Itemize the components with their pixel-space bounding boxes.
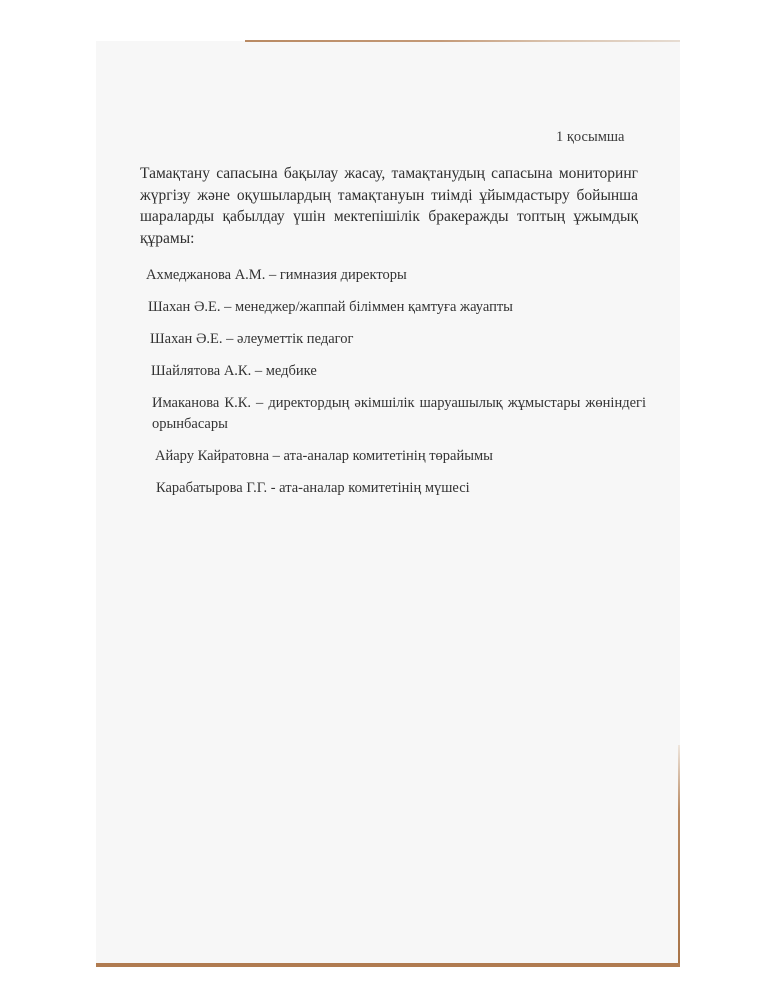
member-item: Шахан Ә.Е. – менеджер/жаппай біліммен қа… bbox=[148, 298, 513, 317]
member-item: Имаканова К.К. – директордың әкімшілік ш… bbox=[152, 393, 646, 435]
member-item: Айару Кайратовна – ата-аналар комитетіні… bbox=[155, 447, 493, 466]
member-item: Карабатырова Г.Г. - ата-аналар комитетін… bbox=[156, 479, 470, 498]
member-item: Ахмеджанова А.М. – гимназия директоры bbox=[146, 266, 407, 285]
intro-paragraph: Тамақтану сапасына бақылау жасау, тамақт… bbox=[140, 163, 638, 249]
page-edge-right bbox=[678, 745, 680, 967]
annex-label: 1 қосымша bbox=[556, 129, 625, 146]
member-item: Шахан Ә.Е. – әлеуметтік педагог bbox=[150, 330, 353, 349]
member-item: Шайлятова А.К. – медбике bbox=[151, 362, 317, 381]
page-edge-bottom bbox=[96, 963, 680, 967]
page-edge-top bbox=[245, 40, 680, 42]
